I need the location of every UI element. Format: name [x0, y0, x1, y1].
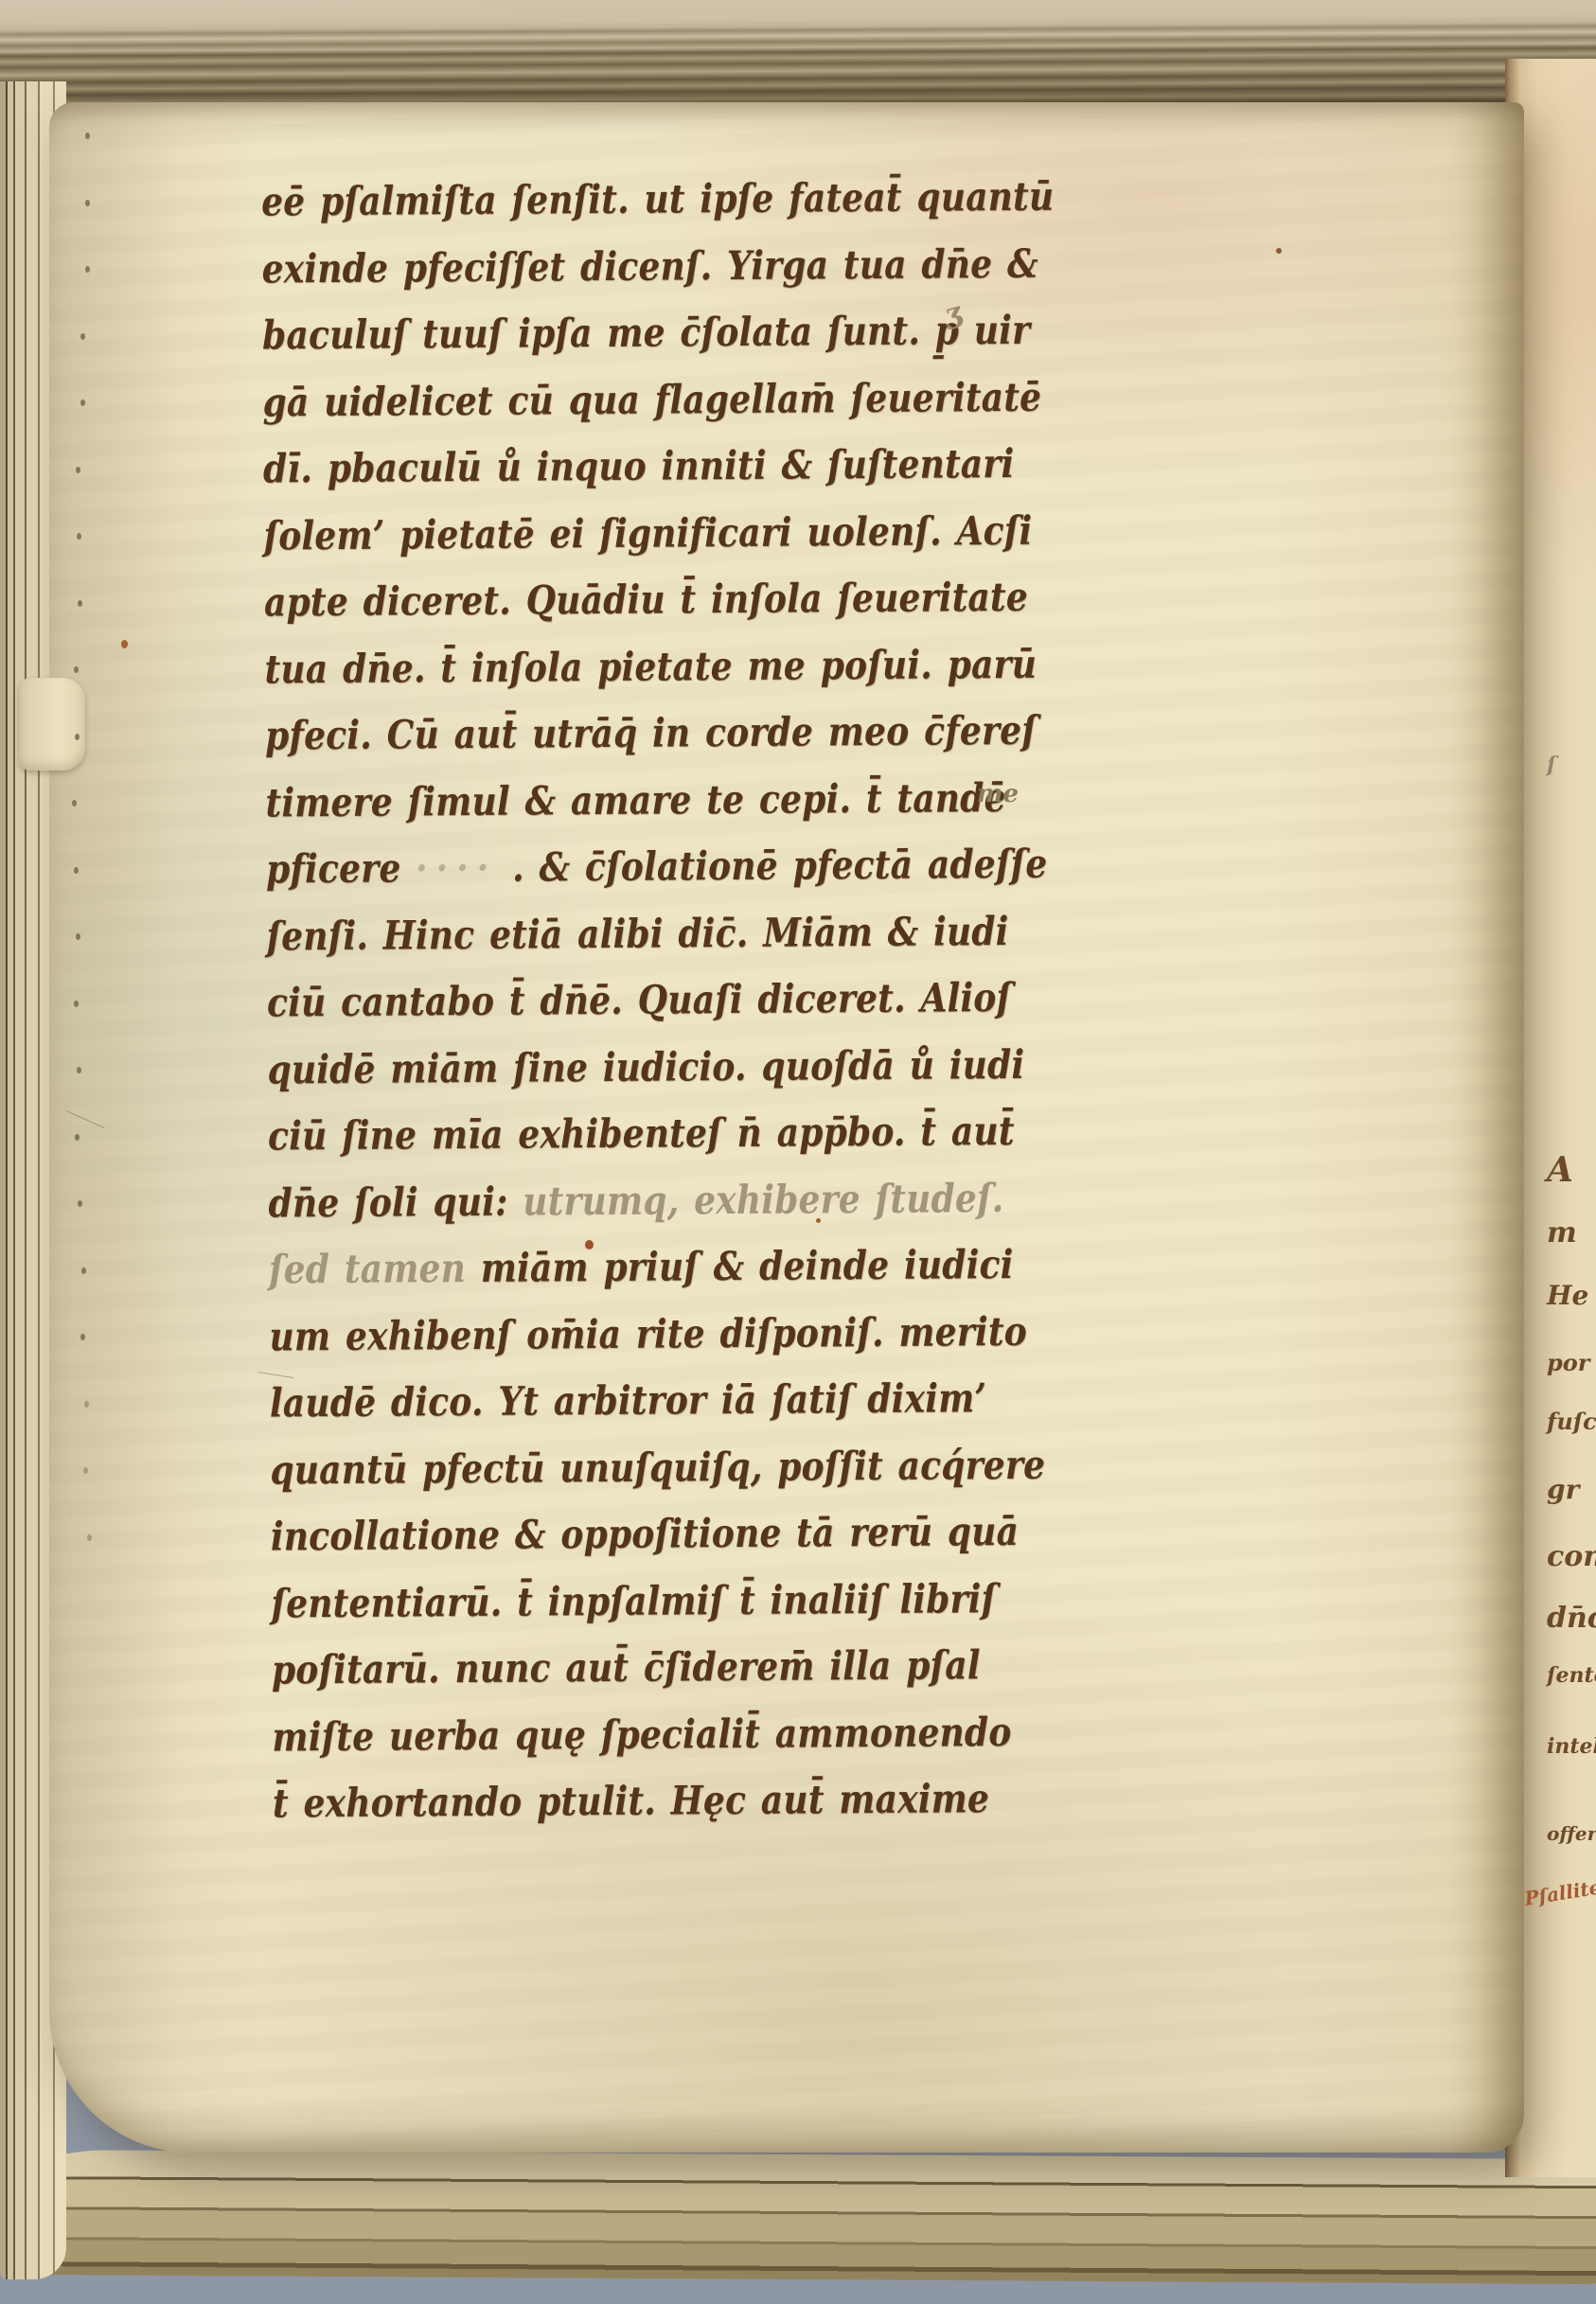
pricking-dot [85, 200, 90, 206]
manuscript-line-segment: eē pſalmiſta ſenſit. ut ipſe fateat̄ qua… [261, 173, 1054, 225]
manuscript-line-segment: tua dn̄e. t̄ inſola pietate me poſui. pa… [264, 641, 1037, 692]
pricking-dot [75, 1134, 80, 1141]
manuscript-line-segment: um exhibenſ om̄ia rite diſponiſ. merito [269, 1308, 1027, 1359]
page-fragment: fuſc [1547, 1408, 1596, 1435]
manuscript-line-segment: quidē miām ſine iudicio. quoſdā ů iudi [267, 1041, 1024, 1092]
parchment-speck [816, 1218, 821, 1223]
marginal-note: me [977, 780, 1019, 808]
manuscript-line: t̄ exhortando ptulit. Hęc aut̄ maxime [273, 1761, 976, 1843]
pricking-dot [85, 266, 90, 273]
page-fragment: offerant [1547, 1822, 1596, 1845]
book-bottom-edge [0, 2150, 1596, 2284]
manuscript-line-segment: incollatione & oppoſitione tā rerū quā [271, 1509, 1020, 1560]
page-fragment: por [1547, 1349, 1589, 1376]
manuscript-line-segment: ſententiarū. t̄ inpſalmiſ t̄ inaliiſ lib… [271, 1575, 996, 1626]
manuscript-line-segment: gā uidelicet cū qua flagellam̄ ſeueritat… [262, 374, 1041, 425]
page-fragment: intelle [1547, 1734, 1596, 1759]
pricking-dot [87, 1534, 92, 1541]
parchment-speck [121, 640, 128, 648]
manuscript-line-segment: pfeci. Cū aut̄ utrāq̄ in corde meo c̄fer… [265, 708, 1037, 759]
pricking-dot [83, 1467, 88, 1474]
pricking-dot [77, 1067, 81, 1073]
pricking-dot [74, 1001, 79, 1007]
manuscript-line-segment: miſte uerba quę ſpecialit̄ ammonendo [272, 1709, 1011, 1760]
page-fragment: A [1547, 1150, 1573, 1190]
page-fragment: dn̄c [1547, 1602, 1596, 1635]
manuscript-line-segment: timere ſimul & amare te cepi. t̄ tandē [265, 774, 1005, 825]
manuscript-line-segment: ciū cantabo t̄ dn̄ē. Quaſi diceret. Alio… [267, 975, 1012, 1026]
manuscript-line-segment: laudē dico. Yt arbitror iā ſatiſ dixim’ [270, 1375, 987, 1427]
page-fragment: ſ [1547, 753, 1555, 777]
page-fragment: ſenten [1547, 1663, 1596, 1688]
parchment-speck [1276, 248, 1282, 254]
pricking-dot [85, 133, 90, 139]
pricking-dot [74, 666, 79, 673]
book-top-edge [0, 0, 1596, 115]
page-fragment: m [1547, 1216, 1577, 1249]
manuscript-line-segment: ſolem’ pietatē ei ſignificari uolenſ. Ac… [263, 507, 1032, 558]
manuscript-line-segment: miām priuſ & deinde iudici [466, 1242, 1014, 1292]
manuscript-line-segment: ſed tamen [269, 1246, 466, 1293]
page-fragment: gr [1547, 1474, 1579, 1505]
manuscript-line-segment: ciū ſine mīa exhibenteſ n̄ app̄bo. t̄ au… [268, 1108, 1015, 1160]
manuscript-line-segment: dn̄e ſoli qui: [268, 1179, 523, 1227]
page-fragment: con [1547, 1540, 1596, 1573]
manuscript-text-block: eē pſalmiſta ſenſit. ut ipſe fateat̄ qua… [261, 164, 975, 1837]
manuscript-line-segment: . & c̄ſolationē pfectā adeſſe [497, 841, 1047, 891]
page-fragment: He [1547, 1280, 1588, 1311]
manuscript-line-segment: utrumq, exhibere ſtudeſ. [523, 1175, 1003, 1224]
pricking-dot [84, 1401, 89, 1408]
manuscript-line-segment: pficere [266, 845, 417, 893]
manuscript-line-segment: poſitarū. nunc aut̄ c̄ſiderem̄ illa pſal [272, 1642, 981, 1693]
manuscript-line-segment: dī. pbaculū ů inquo inniti & ſuſtentari [263, 441, 1015, 492]
pricking-dot [74, 867, 79, 874]
manuscript-line-segment: ſenſi. Hinc etiā alibi dic̄. Miām & iudi [266, 908, 1008, 959]
manuscript-line-segment: ···· [416, 844, 497, 891]
manuscript-line-segment: quantū pfectū unuſquiſq, poſſit acq́rere [270, 1442, 1045, 1493]
manuscript-line-segment: apte diceret. Quādiu t̄ inſola ſeueritat… [264, 575, 1028, 626]
manuscript-line-segment: baculuſ tuuſ ipſa me c̄ſolata ſunt. p̱ u… [262, 308, 1030, 359]
pricking-dot [81, 1267, 86, 1274]
pricking-dot [78, 600, 82, 607]
page-edge-tab [19, 678, 85, 771]
manuscript-line-segment: t̄ exhortando ptulit. Hęc aut̄ maxime [273, 1776, 989, 1827]
pricking-dot [80, 1334, 85, 1340]
manuscript-line-segment: exinde pfeciſſet dicenſ. Yirga tua dn̄e … [261, 240, 1037, 292]
pricking-dot [72, 800, 77, 806]
parchment-speck [585, 1240, 594, 1249]
pricking-dot [80, 333, 85, 340]
